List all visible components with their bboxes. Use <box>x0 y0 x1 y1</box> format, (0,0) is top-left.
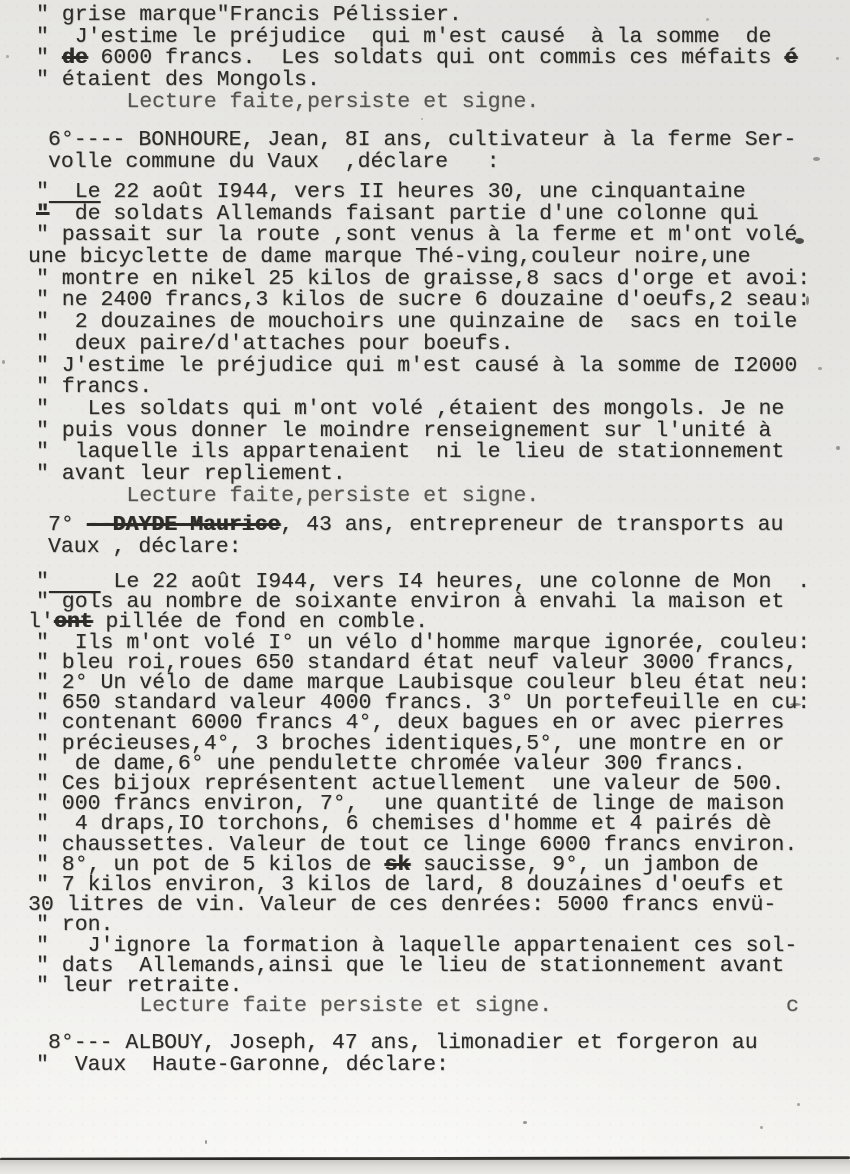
scan-speck <box>205 1140 207 1144</box>
scan-speck <box>421 118 423 120</box>
document-line: Lecture faite persiste et signe. <box>36 996 552 1018</box>
scanner-background-strip <box>0 1160 850 1174</box>
document-line: " Les soldats qui m'ont volé ,étaient de… <box>36 399 784 421</box>
document-line: " 2 douzaines de mouchoirs une quinzaine… <box>36 312 797 334</box>
document-line: " laquelle ils appartenaient ni le lieu … <box>36 442 784 464</box>
document-line: Lecture faite,persiste et signe. <box>36 486 539 508</box>
scan-speck <box>706 18 709 21</box>
scan-speck <box>6 55 9 58</box>
document-line: une bicyclette de dame marque Thé-ving,c… <box>28 247 751 269</box>
document-line: " avant leur repliement. <box>36 464 346 486</box>
document-line: c <box>786 996 799 1018</box>
scan-speck <box>818 367 822 370</box>
scan-speck <box>760 1126 763 1129</box>
document-line: " étaient des Mongols. <box>36 70 320 92</box>
document-line: " de 6000 francs. Les soldats qui ont co… <box>36 48 797 70</box>
document-line: " grise marque"Francis Pélissier. <box>36 5 462 27</box>
document-line: 7° --DAYDE Maurice, 43 ans, entrepreneur… <box>48 515 783 537</box>
document-line: " francs. <box>36 377 152 399</box>
document-line: Vaux , déclare: <box>48 537 242 559</box>
document-line: 30 litres de vin. Valeur de ces denrées:… <box>28 895 776 917</box>
scan-speck <box>813 157 820 161</box>
typewritten-text-layer: " grise marque"Francis Pélissier." J'est… <box>0 0 850 1174</box>
scan-speck <box>795 238 804 244</box>
document-line: " Le 22 août I944, vers II heures 30, un… <box>36 182 746 204</box>
scan-speck <box>797 1103 800 1106</box>
document-line: volle commune du Vaux ,déclare : <box>48 152 500 174</box>
scan-speck <box>790 703 801 706</box>
scan-speck <box>2 360 5 364</box>
document-line: " passait sur la route ,sont venus à la … <box>36 225 797 247</box>
document-line: " deux paire/d'attaches pour boeufs. <box>36 334 513 356</box>
document-line: " ne 2400 francs,3 kilos de sucre 6 douz… <box>36 290 810 312</box>
scanned-document-page: { "page": { "width": 850, "height": 1174… <box>0 0 850 1174</box>
scan-speck <box>836 446 840 450</box>
document-line: " Vaux Haute-Garonne, déclare: <box>36 1055 449 1077</box>
scan-speck <box>836 57 839 60</box>
document-line: 6°---- BONHOURE, Jean, 8I ans, cultivate… <box>48 130 796 152</box>
document-line: Lecture faite,persiste et signe. <box>36 92 539 114</box>
document-line: 8°--- ALBOUY, Joseph, 47 ans, limonadier… <box>48 1033 758 1055</box>
scan-speck <box>523 1121 527 1124</box>
scan-speck <box>806 296 809 305</box>
